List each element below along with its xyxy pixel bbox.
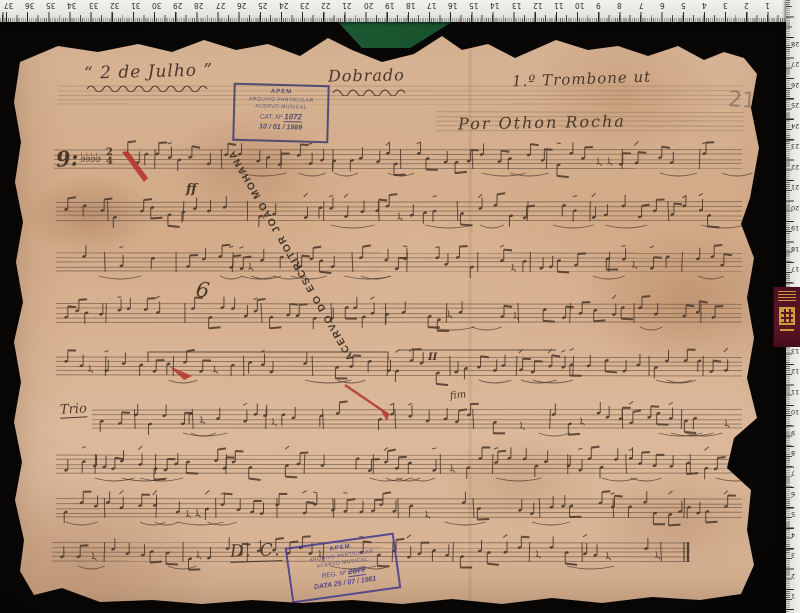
- top-ruler-number: 10: [575, 1, 585, 10]
- top-ruler-number: 2: [744, 1, 749, 10]
- right-ruler-number: 17: [791, 265, 799, 273]
- right-ruler-number: 5: [791, 510, 795, 518]
- genre-label: Dobrado: [328, 65, 405, 85]
- top-ruler-number: 1: [765, 1, 770, 10]
- trio-section-label: Trio: [60, 401, 88, 418]
- top-ruler-number: 23: [300, 1, 310, 10]
- top-ruler-number: 5: [681, 1, 686, 10]
- right-ruler-number: 19: [791, 224, 799, 232]
- top-ruler-number: 18: [406, 1, 416, 10]
- stamp-date: 10 / 01 / 1989: [238, 122, 322, 134]
- right-ruler-number: 26: [791, 81, 799, 89]
- top-ruler-number: 8: [617, 1, 622, 10]
- right-ruler-number: 18: [791, 245, 799, 253]
- top-ruler-number: 35: [46, 1, 56, 10]
- top-ruler-number: 32: [110, 1, 120, 10]
- top-ruler-number: 20: [364, 1, 374, 10]
- gold-grid-emblem: [779, 307, 795, 325]
- right-ruler-number: 21: [791, 183, 799, 191]
- top-ruler: 3736353433323130292827262524232221201918…: [0, 0, 786, 22]
- time-denominator: 4: [106, 157, 113, 166]
- top-ruler-number: 12: [533, 1, 543, 10]
- top-ruler-number: 25: [258, 1, 268, 10]
- right-ruler-number: 4: [791, 531, 795, 539]
- top-ruler-ticks: [0, 10, 786, 22]
- dynamics-ff: ff: [186, 182, 197, 197]
- da-capo-label: D. C.: [230, 540, 282, 563]
- right-ruler-number: 7: [791, 469, 795, 477]
- top-ruler-number: 19: [385, 1, 395, 10]
- bass-clef-symbol: 9:: [55, 145, 79, 171]
- right-ruler-number: 9: [791, 429, 795, 437]
- key-signature-flats: ♭♭♭♭: [80, 151, 101, 166]
- right-ruler-number: 27: [791, 60, 799, 68]
- top-ruler-number: 7: [639, 1, 644, 10]
- red-pencil-mark-2: [168, 364, 194, 382]
- gold-foot-line: [780, 329, 794, 331]
- top-ruler-number: 9: [596, 1, 601, 10]
- top-ruler-number: 27: [216, 1, 226, 10]
- top-ruler-number: 28: [194, 1, 204, 10]
- right-ruler-number: 28: [791, 40, 799, 48]
- top-ruler-number: 30: [152, 1, 162, 10]
- right-ruler-number: 1: [791, 592, 795, 600]
- top-ruler-number: 3: [723, 1, 728, 10]
- right-ruler-number: 22: [791, 163, 799, 171]
- volta-mark: II: [428, 352, 437, 363]
- right-ruler-number: 13: [791, 347, 799, 355]
- right-ruler-number: 11: [791, 388, 799, 396]
- right-ruler-number: 2: [791, 572, 795, 580]
- top-ruler-number: 33: [89, 1, 99, 10]
- right-ruler-number: 24: [791, 122, 799, 130]
- top-ruler-number: 17: [427, 1, 437, 10]
- manuscript-paper: “ 2 de Julho ” Dobrado 1.º Trombone ut P…: [0, 0, 800, 613]
- top-ruler-number: 22: [321, 1, 331, 10]
- archive-stamp-top: APEM ARQUIVO PARTICULAR ACERVO MUSICAL C…: [232, 83, 329, 143]
- title-underline-squiggle: [86, 84, 216, 92]
- top-ruler-number: 21: [342, 1, 352, 10]
- top-ruler-number: 13: [512, 1, 522, 10]
- right-ruler-number: 3: [791, 551, 795, 559]
- right-ruler-number: 23: [791, 142, 799, 150]
- top-ruler-number: 29: [173, 1, 183, 10]
- top-ruler-number: 4: [702, 1, 707, 10]
- top-ruler-number: 15: [469, 1, 479, 10]
- right-ruler-number: 25: [791, 101, 799, 109]
- top-ruler-number: 34: [67, 1, 77, 10]
- red-pencil-mark-3: [343, 383, 395, 423]
- top-ruler-number: 36: [25, 1, 35, 10]
- maroon-archival-label: [773, 287, 800, 347]
- top-ruler-number: 24: [279, 1, 289, 10]
- genre-underline-squiggle: [332, 88, 408, 96]
- piece-title: “ 2 de Julho ”: [84, 60, 214, 83]
- composer-label: Por Othon Rocha: [458, 112, 626, 134]
- fim-label: fim: [449, 389, 466, 402]
- right-ruler-number: 12: [791, 367, 799, 375]
- right-ruler-number: 20: [791, 204, 799, 212]
- top-ruler-number: 26: [237, 1, 247, 10]
- top-ruler-number: 11: [554, 1, 564, 10]
- top-ruler-number: 37: [4, 1, 14, 10]
- top-ruler-number: 16: [448, 1, 458, 10]
- time-signature: 2 4: [106, 148, 113, 166]
- top-ruler-number: 6: [660, 1, 665, 10]
- right-ruler-number: 10: [791, 408, 799, 416]
- top-ruler-number: 14: [490, 1, 500, 10]
- right-ruler-number: 6: [791, 490, 795, 498]
- right-ruler-number: 8: [791, 449, 795, 457]
- top-ruler-number: 31: [131, 1, 141, 10]
- gold-text-lines: [778, 291, 796, 303]
- red-pencil-mark-1: [118, 150, 152, 184]
